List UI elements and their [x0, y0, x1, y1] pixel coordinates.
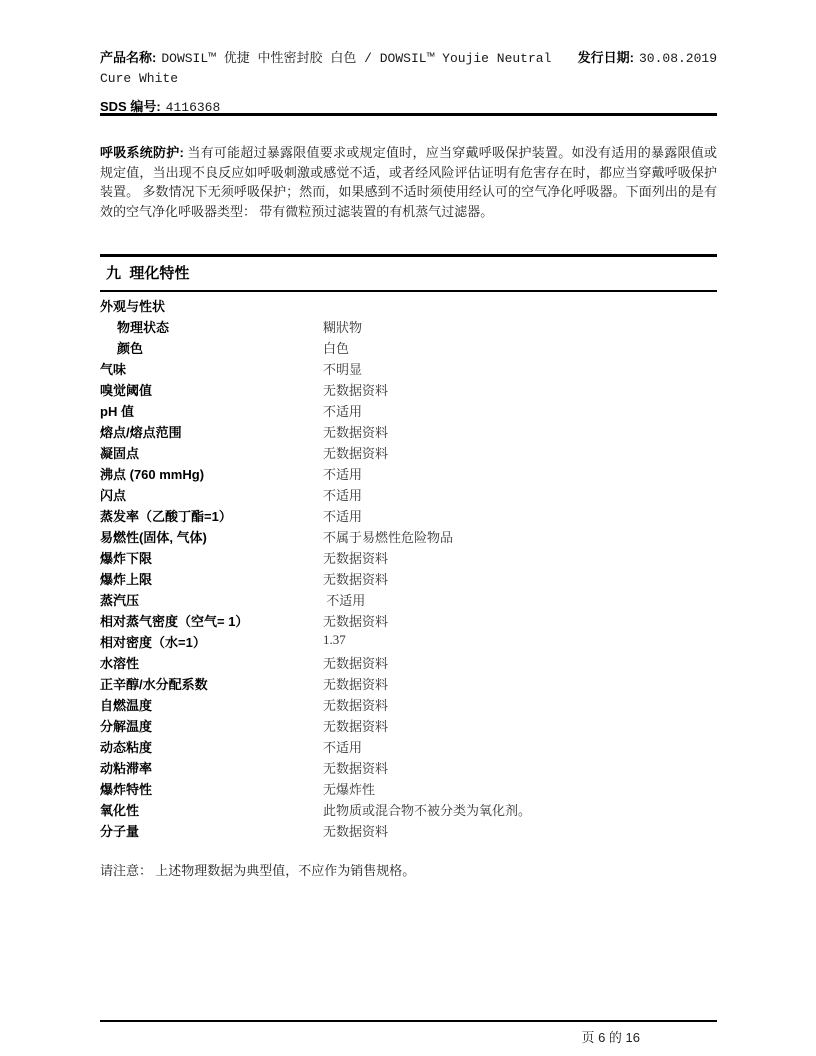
property-value: 无爆炸性	[323, 779, 717, 798]
table-row: 爆炸上限无数据资料	[100, 569, 717, 590]
property-value: 不适用	[323, 506, 717, 525]
table-row: 自燃温度无数据资料	[100, 695, 717, 716]
table-row: 爆炸特性无爆炸性	[100, 779, 717, 800]
property-label: 熔点/熔点范围	[100, 422, 323, 441]
table-row: 蒸汽压 不适用	[100, 590, 717, 611]
property-value: 无数据资料	[323, 674, 717, 693]
property-label: 水溶性	[100, 653, 323, 672]
footer-divider	[100, 1020, 717, 1022]
section-9-header: 九 理化特性	[100, 254, 717, 292]
page-header: 产品名称:DOWSIL™ 优捷 中性密封胶 白色 / DOWSIL™ Youji…	[100, 48, 717, 88]
table-row: 正辛醇/水分配系数无数据资料	[100, 674, 717, 695]
property-value: 无数据资料	[323, 569, 717, 588]
property-value: 无数据资料	[323, 548, 717, 567]
property-value: 不明显	[323, 359, 717, 378]
table-row: 蒸发率（乙酸丁酯=1）不适用	[100, 506, 717, 527]
property-label: 物理状态	[100, 317, 323, 336]
property-value: 1.37	[323, 632, 717, 648]
property-value: 无数据资料	[323, 422, 717, 441]
property-value: 糊狀物	[323, 317, 717, 336]
property-label: 沸点 (760 mmHg)	[100, 464, 323, 483]
property-value: 无数据资料	[323, 380, 717, 399]
table-row: 动粘滞率无数据资料	[100, 758, 717, 779]
table-row: 水溶性无数据资料	[100, 653, 717, 674]
product-name-value: DOWSIL™ 优捷 中性密封胶 白色 / DOWSIL™ Youjie Neu…	[100, 51, 551, 86]
table-row: 闪点不适用	[100, 485, 717, 506]
respiratory-protection-label: 呼吸系统防护:	[100, 145, 184, 160]
property-label: 外观与性状	[100, 296, 323, 315]
table-row: pH 值不适用	[100, 401, 717, 422]
property-label: 爆炸下限	[100, 548, 323, 567]
property-label: 分解温度	[100, 716, 323, 735]
header-divider	[100, 113, 717, 116]
table-row: 熔点/熔点范围无数据资料	[100, 422, 717, 443]
property-value: 无数据资料	[323, 716, 717, 735]
properties-table: 外观与性状物理状态糊狀物颜色白色气味不明显嗅觉阈值无数据资料pH 值不适用熔点/…	[100, 296, 717, 842]
property-value: 不适用	[323, 464, 717, 483]
table-row: 颜色白色	[100, 338, 717, 359]
table-row: 动态粘度不适用	[100, 737, 717, 758]
property-label: 动态粘度	[100, 737, 323, 756]
product-name-block: 产品名称:DOWSIL™ 优捷 中性密封胶 白色 / DOWSIL™ Youji…	[100, 48, 570, 88]
table-row: 相对密度（水=1）1.37	[100, 632, 717, 653]
table-row: 凝固点无数据资料	[100, 443, 717, 464]
table-row: 氧化性此物质或混合物不被分类为氧化剂。	[100, 800, 717, 821]
property-value: 无数据资料	[323, 821, 717, 840]
property-label: 自燃温度	[100, 695, 323, 714]
property-label: 正辛醇/水分配系数	[100, 674, 323, 693]
property-label: pH 值	[100, 401, 323, 420]
property-label: 相对密度（水=1）	[100, 632, 323, 651]
property-value: 此物质或混合物不被分类为氧化剂。	[323, 800, 717, 819]
respiratory-protection-text: 当有可能超过暴露限值要求或规定值时，应当穿戴呼吸保护装置。如没有适用的暴露限值或…	[100, 145, 717, 219]
property-label: 颜色	[100, 338, 323, 357]
property-label: 爆炸上限	[100, 569, 323, 588]
property-label: 凝固点	[100, 443, 323, 462]
product-name-label: 产品名称:	[100, 50, 156, 65]
note-text: 请注意： 上述物理数据为典型值，不应作为销售规格。	[100, 860, 717, 879]
table-row: 相对蒸气密度（空气= 1）无数据资料	[100, 611, 717, 632]
property-label: 分子量	[100, 821, 323, 840]
table-row: 嗅觉阈值无数据资料	[100, 380, 717, 401]
property-label: 相对蒸气密度（空气= 1）	[100, 611, 323, 630]
property-label: 嗅觉阈值	[100, 380, 323, 399]
property-label: 氧化性	[100, 800, 323, 819]
table-row: 外观与性状	[100, 296, 717, 317]
property-label: 蒸发率（乙酸丁酯=1）	[100, 506, 323, 525]
table-row: 物理状态糊狀物	[100, 317, 717, 338]
sds-document-page: 产品名称:DOWSIL™ 优捷 中性密封胶 白色 / DOWSIL™ Youji…	[0, 0, 816, 1056]
property-label: 动粘滞率	[100, 758, 323, 777]
property-value: 无数据资料	[323, 695, 717, 714]
table-row: 沸点 (760 mmHg)不适用	[100, 464, 717, 485]
issue-date-label: 发行日期:	[578, 50, 634, 65]
table-row: 分解温度无数据资料	[100, 716, 717, 737]
sds-number-label: SDS 编号:	[100, 99, 161, 114]
table-row: 易燃性(固体, 气体)不属于易燃性危险物品	[100, 527, 717, 548]
property-value: 无数据资料	[323, 443, 717, 462]
property-value: 无数据资料	[323, 758, 717, 777]
property-label: 易燃性(固体, 气体)	[100, 527, 323, 546]
table-row: 气味不明显	[100, 359, 717, 380]
property-value: 白色	[323, 338, 717, 357]
property-value: 不属于易燃性危险物品	[323, 527, 717, 546]
property-value: 无数据资料	[323, 653, 717, 672]
property-value: 不适用	[323, 485, 717, 504]
page-number: 页 6 的 16	[581, 1027, 640, 1046]
issue-date-block: 发行日期:30.08.2019	[578, 48, 717, 88]
table-row: 爆炸下限无数据资料	[100, 548, 717, 569]
property-label: 蒸汽压	[100, 590, 323, 609]
property-value: 不适用	[323, 737, 717, 756]
property-label: 闪点	[100, 485, 323, 504]
section-title: 九 理化特性	[106, 265, 189, 282]
property-label: 爆炸特性	[100, 779, 323, 798]
issue-date-value: 30.08.2019	[639, 51, 717, 66]
property-value: 无数据资料	[323, 611, 717, 630]
property-value: 不适用	[323, 401, 717, 420]
table-row: 分子量无数据资料	[100, 821, 717, 842]
property-value: 不适用	[323, 590, 717, 609]
property-label: 气味	[100, 359, 323, 378]
respiratory-protection-paragraph: 呼吸系统防护: 当有可能超过暴露限值要求或规定值时，应当穿戴呼吸保护装置。如没有…	[100, 143, 717, 221]
